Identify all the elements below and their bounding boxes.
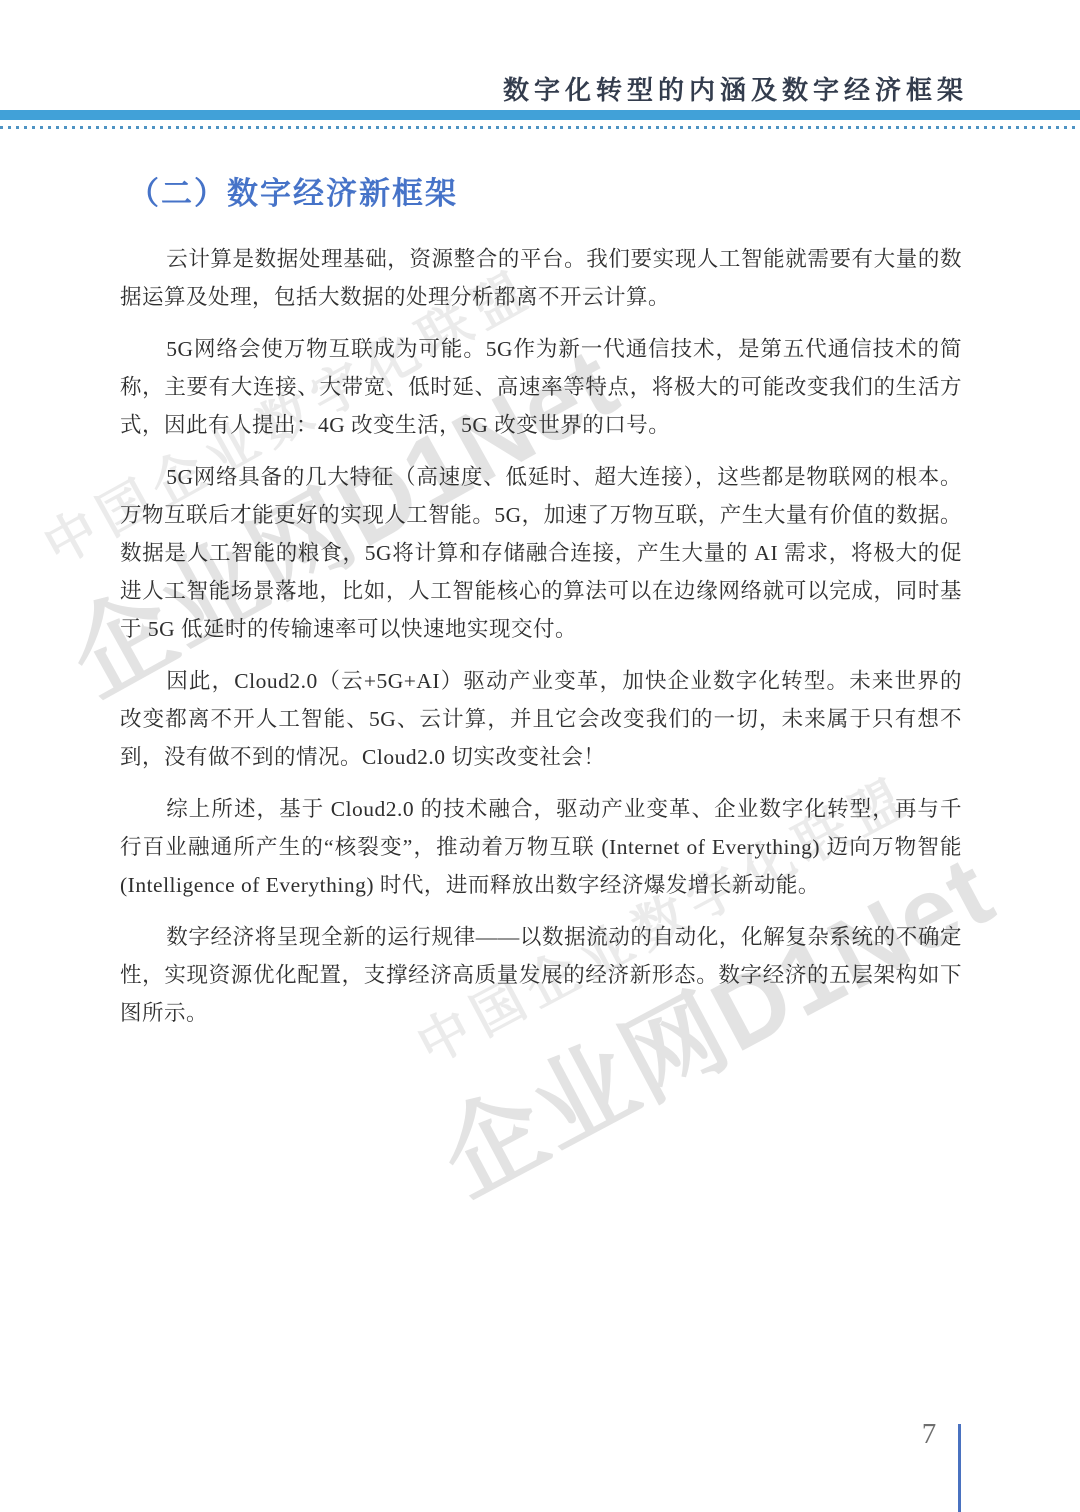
paragraph: 因此，Cloud2.0（云+5G+AI）驱动产业变革，加快企业数字化转型。未来世… — [120, 662, 962, 776]
paragraph: 5G网络具备的几大特征（高速度、低延时、超大连接），这些都是物联网的根本。万物互… — [120, 458, 962, 648]
header-rule-solid — [0, 110, 1080, 120]
page-number: 7 — [912, 1418, 946, 1451]
paragraph: 云计算是数据处理基础，资源整合的平台。我们要实现人工智能就需要有大量的数据运算及… — [120, 240, 962, 316]
section-heading: （二）数字经济新框架 — [128, 168, 458, 213]
paragraph: 综上所述，基于 Cloud2.0 的技术融合，驱动产业变革、企业数字化转型，再与… — [120, 790, 962, 904]
footer-accent-bar — [958, 1424, 961, 1512]
paragraph: 数字经济将呈现全新的运行规律——以数据流动的自动化，化解复杂系统的不确定性，实现… — [120, 918, 962, 1032]
paragraph: 5G网络会使万物互联成为可能。5G作为新一代通信技术，是第五代通信技术的简称，主… — [120, 330, 962, 444]
header-rule-dotted — [0, 126, 1080, 129]
body-text: 云计算是数据处理基础，资源整合的平台。我们要实现人工智能就需要有大量的数据运算及… — [120, 240, 962, 1046]
running-header-title: 数字化转型的内涵及数字经济框架 — [503, 70, 968, 107]
